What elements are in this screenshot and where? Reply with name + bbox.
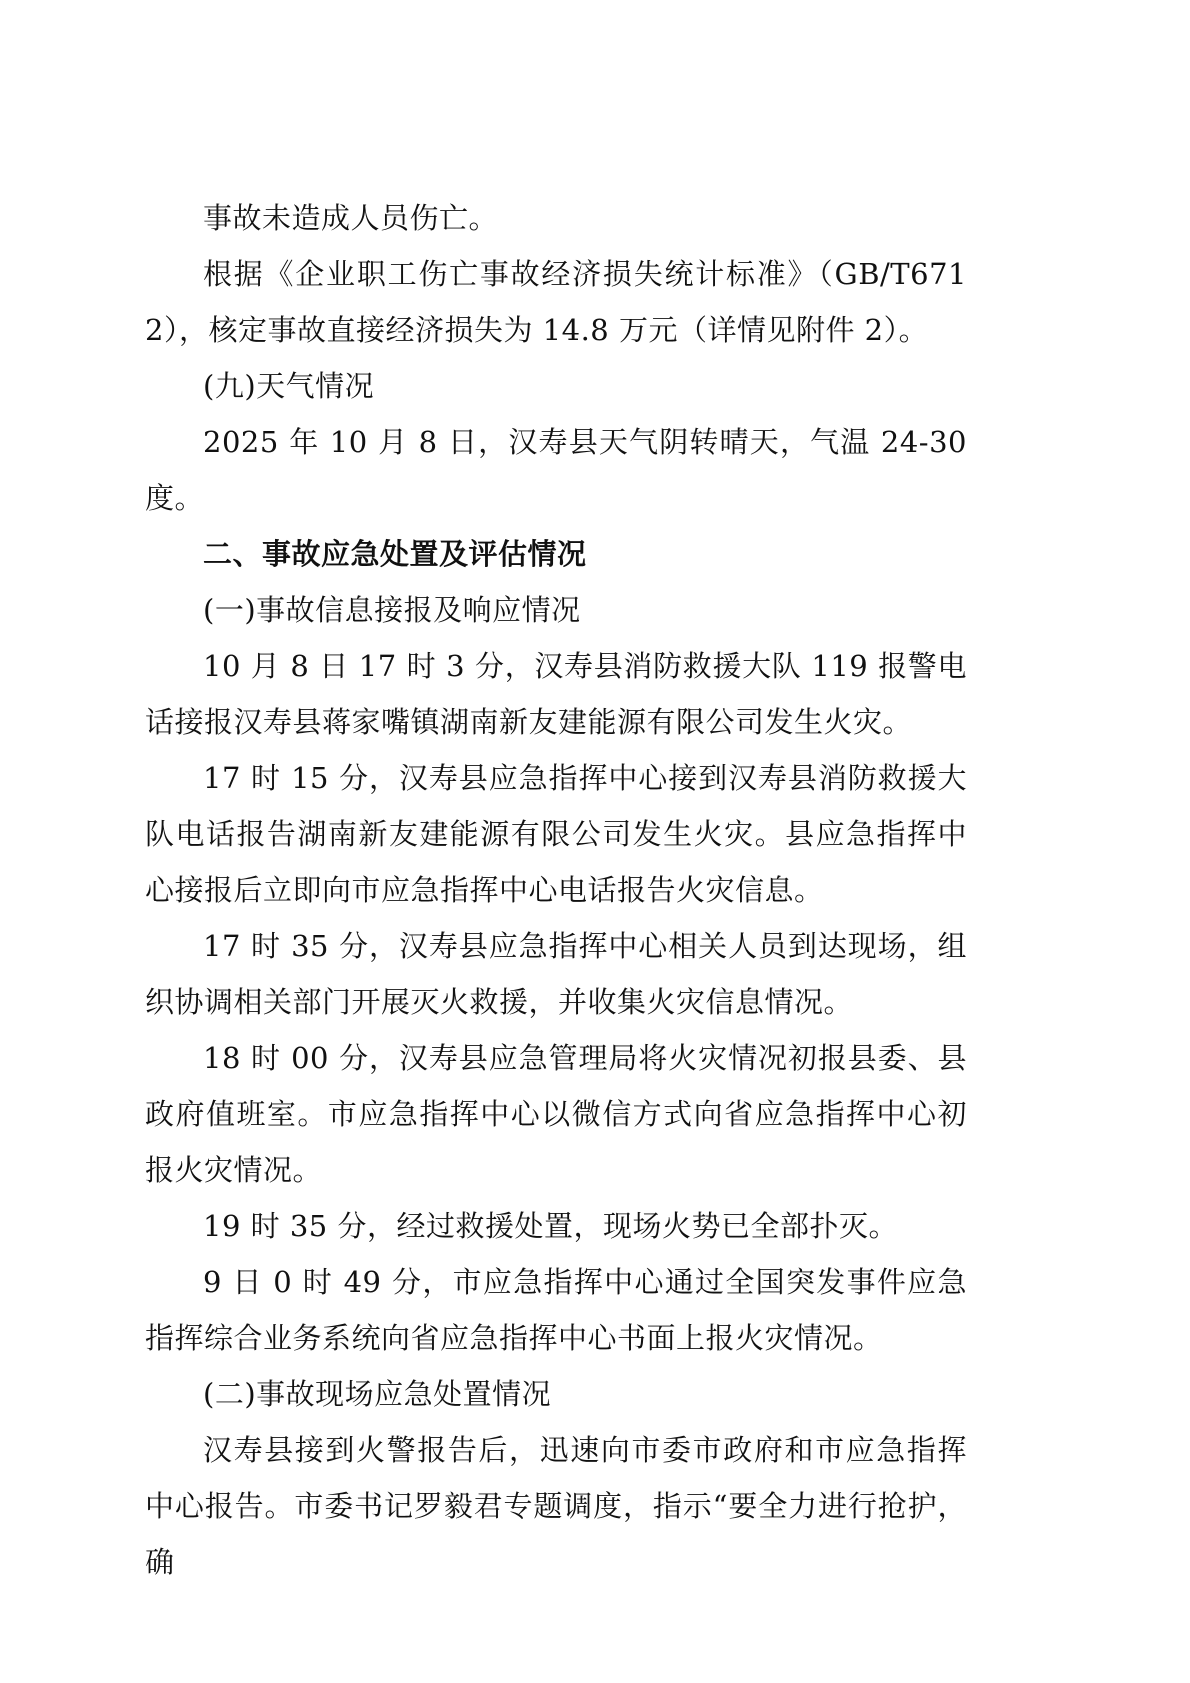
section-heading-emergency-response: 二、事故应急处置及评估情况 (145, 526, 967, 582)
paragraph-weather: 2025 年 10 月 8 日，汉寿县天气阴转晴天，气温 24-30 度。 (145, 414, 967, 526)
paragraph-1935-extinguished: 19 时 35 分，经过救援处置，现场火势已全部扑灭。 (145, 1198, 967, 1254)
subheading-weather: (九)天气情况 (145, 358, 967, 414)
subheading-info-reporting: (一)事故信息接报及响应情况 (145, 582, 967, 638)
paragraph-0049-written-report: 9 日 0 时 49 分，市应急指挥中心通过全国突发事件应急指挥综合业务系统向省… (145, 1254, 967, 1366)
paragraph-onsite-response: 汉寿县接到火警报告后，迅速向市委市政府和市应急指挥中心报告。市委书记罗毅君专题调… (145, 1422, 967, 1590)
document-page: 事故未造成人员伤亡。 根据《企业职工伤亡事故经济损失统计标准》（GB/T6712… (145, 190, 967, 1590)
paragraph-1735-arrival: 17 时 35 分，汉寿县应急指挥中心相关人员到达现场，组织协调相关部门开展灭火… (145, 918, 967, 1030)
paragraph-1703-alarm: 10 月 8 日 17 时 3 分，汉寿县消防救援大队 119 报警电话接报汉寿… (145, 638, 967, 750)
paragraph-economic-loss: 根据《企业职工伤亡事故经济损失统计标准》（GB/T6712），核定事故直接经济损… (145, 246, 967, 358)
paragraph-1800-initial-report: 18 时 00 分，汉寿县应急管理局将火灾情况初报县委、县政府值班室。市应急指挥… (145, 1030, 967, 1198)
paragraph-casualties: 事故未造成人员伤亡。 (145, 190, 967, 246)
paragraph-1715-report: 17 时 15 分，汉寿县应急指挥中心接到汉寿县消防救援大队电话报告湖南新友建能… (145, 750, 967, 918)
subheading-onsite-response: (二)事故现场应急处置情况 (145, 1366, 967, 1422)
